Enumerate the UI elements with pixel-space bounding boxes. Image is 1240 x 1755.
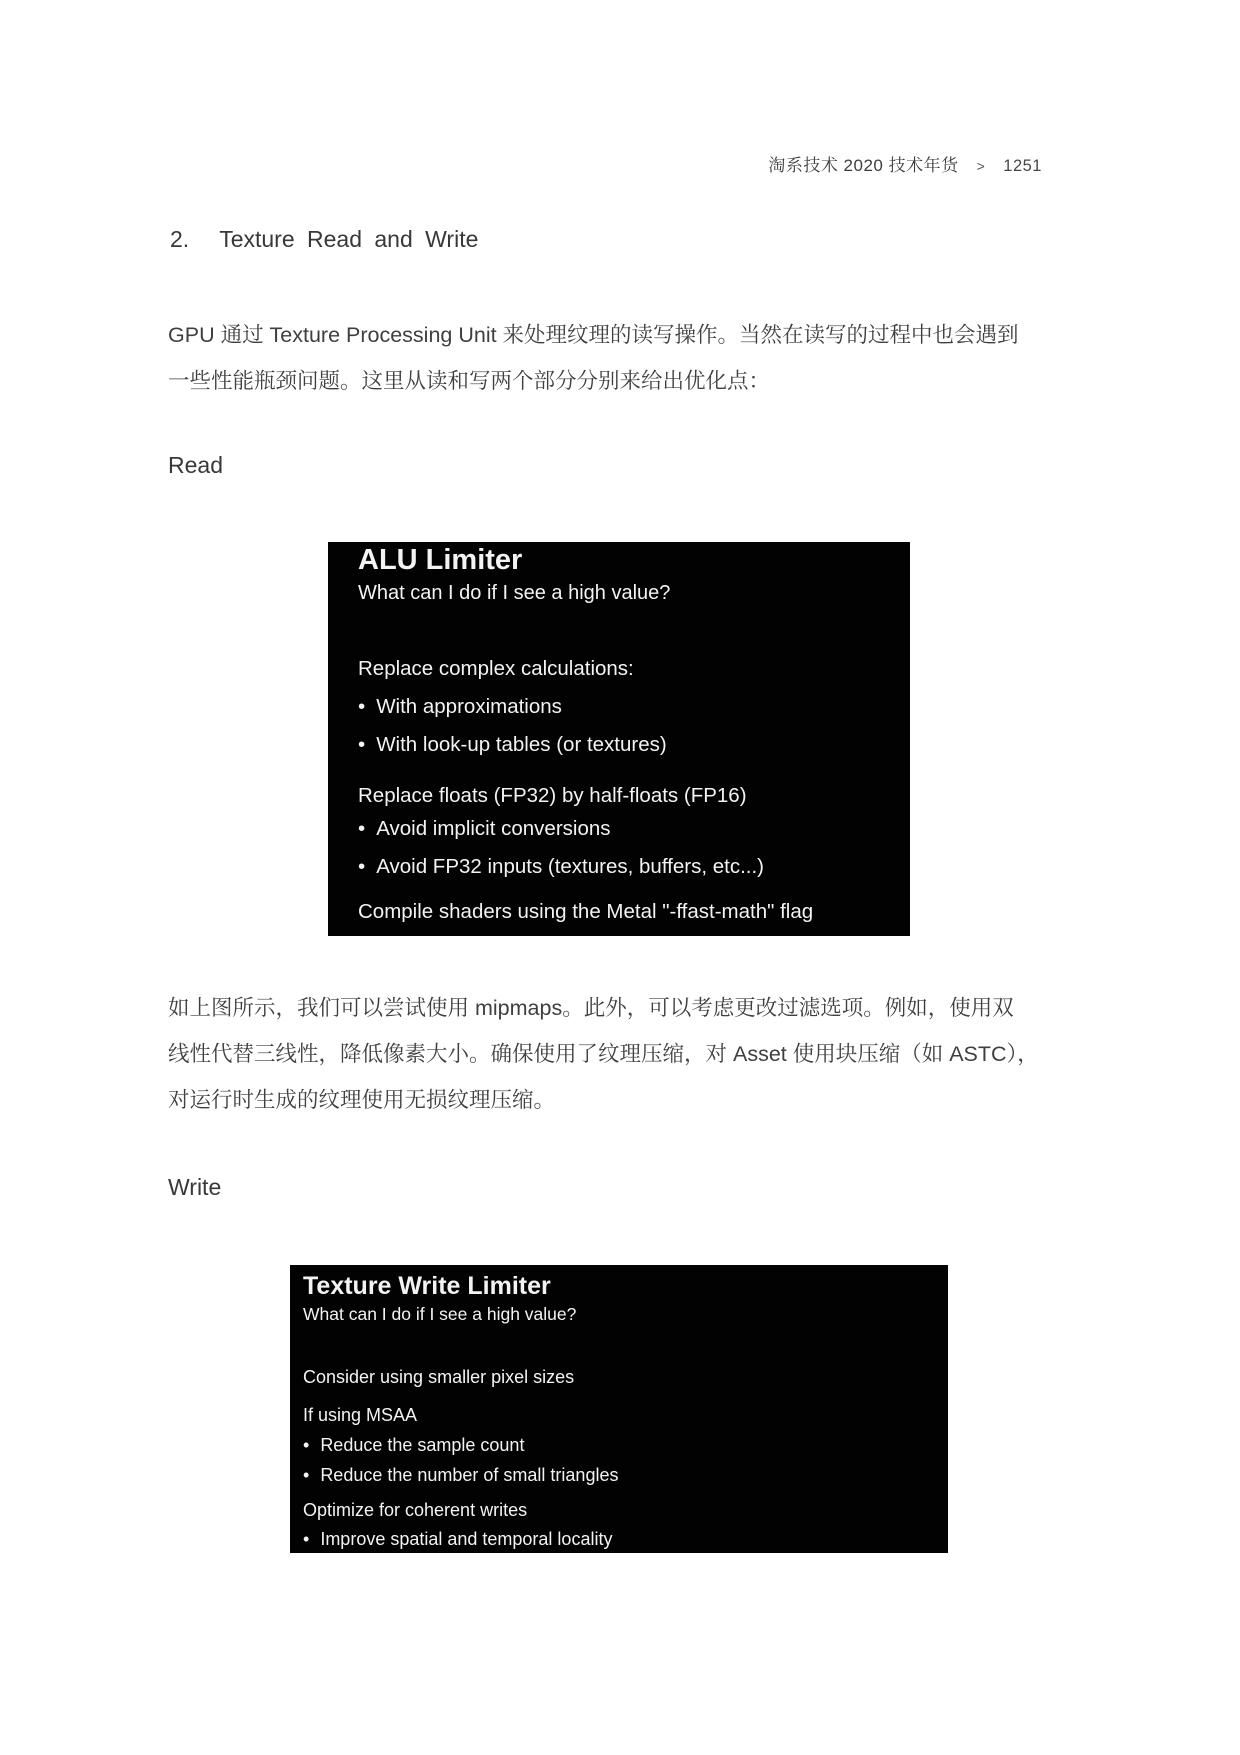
paragraph-line: GPU 通过 Texture Processing Unit 来处理纹理的读写操… (168, 312, 1019, 358)
slide-bullet: •Improve spatial and temporal locality (303, 1527, 612, 1551)
slide-bullet-text: Reduce the sample count (320, 1435, 524, 1455)
slide-bullet: •Reduce the sample count (303, 1433, 524, 1457)
slide-bullet: •Reduce the number of small triangles (303, 1463, 618, 1487)
slide-bullet: •Avoid FP32 inputs (textures, buffers, e… (358, 853, 764, 881)
bullet-icon: • (358, 733, 365, 756)
alu-limiter-slide-image: ALU Limiter What can I do if I see a hig… (328, 542, 910, 936)
section-title: 2. Texture Read and Write (170, 226, 478, 253)
texture-write-limiter-slide-image: Texture Write Limiter What can I do if I… (290, 1265, 948, 1553)
slide-bullet-text: With look-up tables (or textures) (376, 733, 667, 756)
write-heading: Write (168, 1174, 221, 1201)
bullet-icon: • (303, 1465, 309, 1485)
intro-paragraph: GPU 通过 Texture Processing Unit 来处理纹理的读写操… (168, 312, 1019, 404)
slide-subtitle: What can I do if I see a high value? (303, 1302, 576, 1326)
page-header: 淘系技术 2020 技术年货 > 1251 (768, 151, 1042, 176)
paragraph-line: 一些性能瓶颈问题。这里从读和写两个部分分别来给出优化点： (168, 358, 1019, 404)
slide-bullet: •With approximations (358, 693, 562, 721)
slide-bullet-text: Avoid FP32 inputs (textures, buffers, et… (376, 855, 764, 878)
slide-bullet-text: With approximations (376, 695, 562, 718)
slide-title: ALU Limiter (358, 542, 522, 578)
slide-heading: Consider using smaller pixel sizes (303, 1365, 574, 1389)
slide-heading: Optimize for coherent writes (303, 1498, 527, 1522)
slide-bullet: •With look-up tables (or textures) (358, 731, 667, 759)
bullet-icon: • (303, 1529, 309, 1549)
slide-heading: Compile shaders using the Metal "-ffast-… (358, 898, 813, 926)
page-number: 1251 (1003, 157, 1042, 176)
paragraph-line: 如上图所示，我们可以尝试使用 mipmaps。此外，可以考虑更改过滤选项。例如，… (168, 985, 1039, 1031)
read-heading: Read (168, 452, 223, 479)
section-title-text: Texture Read and Write (219, 226, 478, 253)
bullet-icon: • (303, 1435, 309, 1455)
bullet-icon: • (358, 855, 365, 878)
body-paragraph: 如上图所示，我们可以尝试使用 mipmaps。此外，可以考虑更改过滤选项。例如，… (168, 985, 1039, 1123)
bullet-icon: • (358, 817, 365, 840)
paragraph-line: 线性代替三线性，降低像素大小。确保使用了纹理压缩，对 Asset 使用块压缩（如… (168, 1031, 1039, 1077)
slide-heading: Replace floats (FP32) by half-floats (FP… (358, 782, 747, 810)
header-book-title: 淘系技术 2020 技术年货 (768, 151, 958, 176)
slide-heading: Replace complex calculations: (358, 655, 634, 683)
slide-bullet-text: Avoid implicit conversions (376, 817, 610, 840)
section-number: 2. (170, 226, 189, 253)
paragraph-line: 对运行时生成的纹理使用无损纹理压缩。 (168, 1077, 1039, 1123)
header-separator: > (977, 158, 986, 174)
slide-bullet: •Avoid implicit conversions (358, 815, 611, 843)
slide-bullet-text: Improve spatial and temporal locality (320, 1529, 612, 1549)
slide-subtitle: What can I do if I see a high value? (358, 579, 670, 607)
slide-heading: If using MSAA (303, 1403, 417, 1427)
document-page: 淘系技术 2020 技术年货 > 1251 2. Texture Read an… (0, 0, 1240, 1755)
slide-title: Texture Write Limiter (303, 1271, 551, 1301)
bullet-icon: • (358, 695, 365, 718)
slide-bullet-text: Reduce the number of small triangles (320, 1465, 618, 1485)
